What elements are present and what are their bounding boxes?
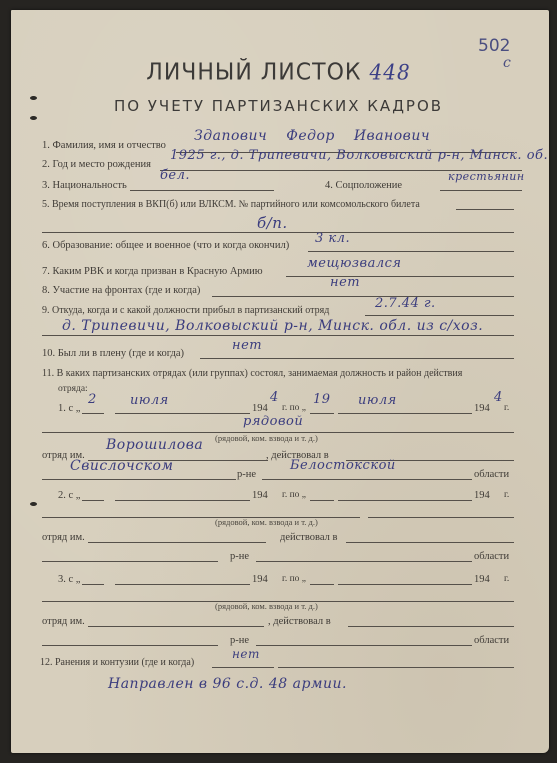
- field-9-label: 9. Откуда, когда и с какой должности при…: [42, 305, 329, 316]
- field-5-value: б/п.: [257, 214, 288, 232]
- punch-mark: [30, 502, 37, 506]
- entry-3-position-hint: (рядовой, ком. взвода и т. д.): [215, 601, 318, 611]
- field-12-label: 12. Ранения и контузии (где и когда): [40, 657, 194, 668]
- field-7-value: мещюзвался: [307, 256, 402, 271]
- entry-1-day-to: 19: [313, 392, 331, 407]
- archive-number: 502: [478, 36, 510, 56]
- field-11-label: 11. В каких партизанских отрядах (или гр…: [42, 368, 462, 379]
- handwritten-note: Направлен в 96 с.д. 48 армии.: [108, 676, 347, 692]
- field-11-label-cont: отряда:: [58, 384, 88, 394]
- entry-1-year-prefix-to: 194: [474, 403, 490, 414]
- title-number: 448: [370, 59, 411, 84]
- field-8-label: 8. Участие на фронтах (где и когда): [42, 285, 200, 296]
- field-1-value: Здanович Федор Иванович: [194, 128, 430, 144]
- field-3-label: 3. Национальность: [42, 180, 127, 191]
- punch-mark: [30, 116, 37, 120]
- field-10-label: 10. Был ли в плену (где и когда): [42, 348, 184, 359]
- field-12-value: нет: [232, 647, 260, 661]
- entry-3-district-label: р-не: [230, 635, 249, 646]
- field-2-label: 2. Год и место рождения: [42, 159, 151, 170]
- entry-2-acted-label: действовал в: [280, 532, 337, 543]
- field-9-value-cont: д. Трипевичи, Волковыский р-н, Минск. об…: [62, 318, 483, 334]
- entry-3-year-prefix: 194: [252, 574, 268, 585]
- entry-1-district: Свислочском: [70, 458, 174, 474]
- entry-1-month-from: июля: [130, 393, 169, 408]
- entry-1-day-from: 2: [88, 392, 97, 407]
- entry-1-year-from: 4: [270, 390, 279, 405]
- entry-2-to-label: г. по „: [282, 490, 306, 500]
- field-6-value: 3 кл.: [315, 231, 350, 246]
- entry-1-district-label: р-не: [237, 469, 256, 480]
- field-8-value: нет: [330, 275, 360, 290]
- entry-3-index: 3. с „: [58, 574, 80, 585]
- entry-2-region-label: области: [474, 551, 509, 562]
- field-9-value: 2.7.44 г.: [375, 296, 436, 311]
- entry-2-position-hint: (рядовой, ком. взвода и т. д.): [215, 517, 318, 527]
- entry-1-month-to: июля: [358, 393, 397, 408]
- entry-3-region-label: области: [474, 635, 509, 646]
- field-4-value: крестьянин: [448, 170, 525, 183]
- entry-1-position: рядовой: [243, 414, 303, 429]
- field-3-value: бел.: [160, 168, 190, 183]
- document-subtitle: ПО УЧЕТУ ПАРТИЗАНСКИХ КАДРОВ: [0, 97, 557, 115]
- document-title: ЛИЧНЫЙ ЛИСТОК448: [0, 59, 557, 85]
- field-7-label: 7. Каким РВК и когда призван в Красную А…: [42, 266, 263, 277]
- form-sheet: [11, 10, 549, 753]
- entry-3-to-label: г. по „: [282, 574, 306, 584]
- field-6-label: 6. Образование: общее и военное (что и к…: [42, 240, 289, 251]
- entry-2-g: г.: [504, 490, 509, 500]
- entry-1-otryad-name: Ворошилова: [106, 437, 203, 453]
- field-5-label: 5. Время поступления в ВКП(б) или ВЛКСМ.…: [42, 199, 420, 210]
- entry-1-region: Белостокской: [290, 458, 396, 473]
- entry-1-to-label: г. по „: [282, 403, 306, 413]
- entry-1-g: г.: [504, 403, 509, 413]
- entry-1-position-hint: (рядовой, ком. взвода и т. д.): [215, 433, 318, 443]
- entry-2-district-label: р-не: [230, 551, 249, 562]
- entry-1-year-to: 4: [494, 390, 503, 405]
- entry-3-year-prefix-to: 194: [474, 574, 490, 585]
- entry-1-index: 1. с „: [58, 403, 80, 414]
- entry-2-year-prefix: 194: [252, 490, 268, 501]
- entry-1-region-label: области: [474, 469, 509, 480]
- entry-2-year-prefix-to: 194: [474, 490, 490, 501]
- field-4-label: 4. Соцположение: [325, 180, 402, 191]
- entry-2-index: 2. с „: [58, 490, 80, 501]
- title-text: ЛИЧНЫЙ ЛИСТОК: [146, 59, 361, 85]
- field-10-value: нет: [232, 338, 262, 353]
- entry-2-otryad-label: отряд им.: [42, 532, 85, 543]
- entry-1-year-prefix: 194: [252, 403, 268, 414]
- entry-3-otryad-label: отряд им.: [42, 616, 85, 627]
- field-1-label: 1. Фамилия, имя и отчество: [42, 140, 166, 151]
- entry-3-acted-label: , действовал в: [268, 616, 331, 627]
- field-2-value: 1925 г., д. Трипевичи, Волковыский р-н, …: [170, 148, 548, 163]
- entry-3-g: г.: [504, 574, 509, 584]
